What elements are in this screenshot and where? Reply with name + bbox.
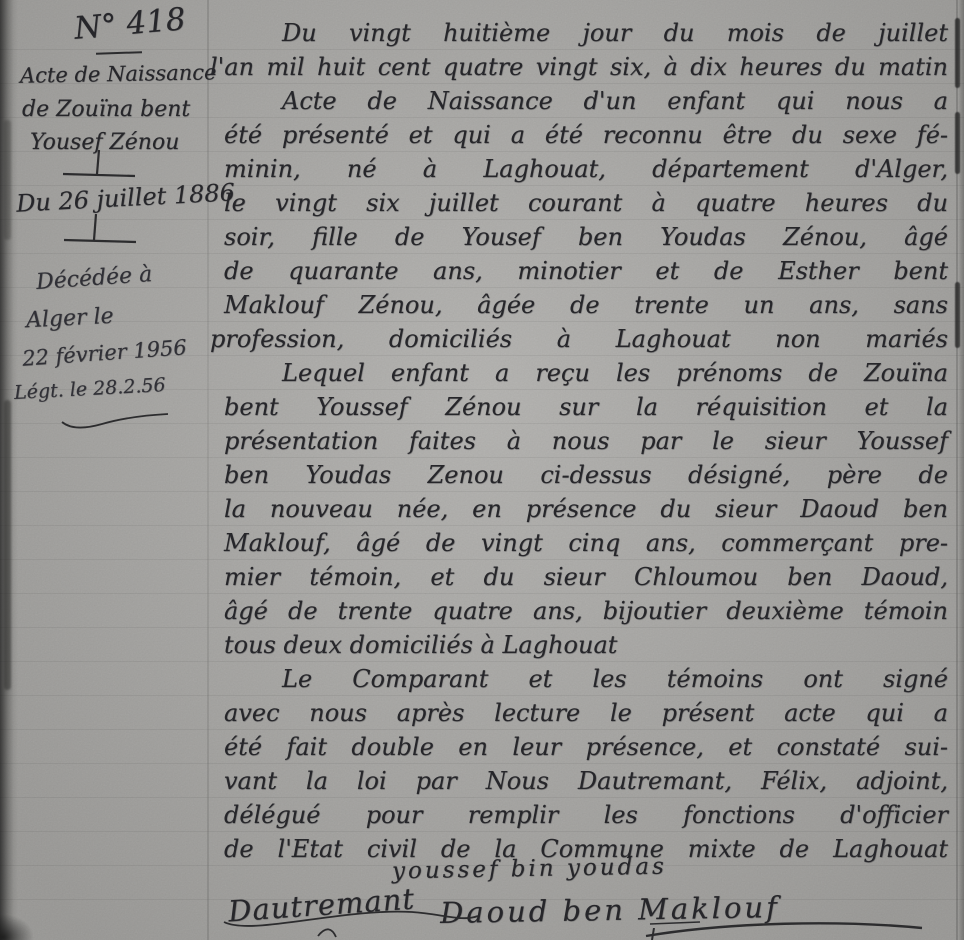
body-line: été présenté et qui a été reconnu être d…: [224, 118, 948, 152]
body-line: la nouveau née, en présence du sieur Dao…: [224, 492, 948, 526]
death-note-line: Décédée à: [35, 262, 153, 295]
margin-flourish: [60, 214, 144, 250]
death-note-line: Alger le: [25, 304, 114, 334]
ink-blot: [0, 914, 34, 940]
body-line: Maklouf, âgé de vingt cinq ans, commerça…: [224, 526, 948, 560]
body-line: avec nous après lecture le présent acte …: [224, 696, 948, 730]
body-line: âgé de trente quatre ans, bijoutier deux…: [224, 594, 948, 628]
body-line: Acte de Naissance d'un enfant qui nous a: [224, 84, 948, 118]
margin-title-line: de Zouïna bent: [22, 97, 190, 122]
body-line: de quarante ans, minotier et de Esther b…: [224, 254, 948, 288]
body-line: Le Comparant et les témoins ont signé: [224, 662, 948, 696]
body-line: le vingt six juillet courant à quatre he…: [224, 186, 948, 220]
body-line: vant la loi par Nous Dautremant, Félix, …: [224, 764, 948, 798]
death-note-line: Légt. le 28.2.56: [14, 374, 167, 404]
body-line: bent Youssef Zénou sur la réquisition et…: [224, 390, 948, 424]
act-body: Du vingt huitième jour du mois de juille…: [224, 16, 948, 866]
body-line: Maklouf Zénou, âgée de trente un ans, sa…: [224, 288, 948, 322]
death-note-line: 22 février 1956: [21, 335, 187, 370]
margin-title-line: Yousef Zénou: [30, 130, 179, 155]
signature-declarant: youssef bin youdas: [392, 854, 667, 885]
signature-witness: Daoud ben Maklouf: [440, 890, 780, 930]
right-edge-mark: [955, 18, 960, 88]
right-edge-mark: [955, 282, 960, 348]
act-number-underline: [96, 51, 142, 55]
body-line: délégué pour remplir les fonctions d'off…: [224, 798, 948, 832]
body-line: minin, né à Laghouat, département d'Alge…: [224, 152, 948, 186]
margin-separator-line: [207, 0, 209, 940]
body-line: soir, fille de Yousef ben Youdas Zénou, …: [224, 220, 948, 254]
body-line: ben Youdas Zenou ci-dessus désigné, père…: [224, 458, 948, 492]
body-line: profession, domiciliés à Laghouat non ma…: [210, 322, 948, 356]
binding-smudge: [4, 400, 11, 690]
body-line: mier témoin, et du sieur Chloumou ben Da…: [224, 560, 948, 594]
body-line: tous deux domiciliés à Laghouat: [224, 628, 948, 662]
registry-page: N° 418 Acte de Naissance de Zouïna bent …: [0, 0, 964, 940]
signature-official: Dautremant: [227, 882, 416, 929]
body-line: l'an mil huit cent quatre vingt six, à d…: [210, 50, 948, 84]
margin-flourish: [58, 408, 174, 432]
body-line: été fait double en leur présence, et con…: [224, 730, 948, 764]
body-line: Du vingt huitième jour du mois de juille…: [224, 16, 948, 50]
act-number: N° 418: [73, 1, 187, 47]
body-line: Lequel enfant a reçu les prénoms de Zouï…: [224, 356, 948, 390]
margin-title-line: Acte de Naissance: [20, 60, 217, 87]
right-edge-mark: [955, 112, 960, 174]
margin-date: Du 26 juillet 1886: [15, 178, 235, 217]
body-line: présentation faites à nous par le sieur …: [224, 424, 948, 458]
binding-smudge: [4, 120, 11, 240]
stroke-fragment: [648, 928, 662, 940]
